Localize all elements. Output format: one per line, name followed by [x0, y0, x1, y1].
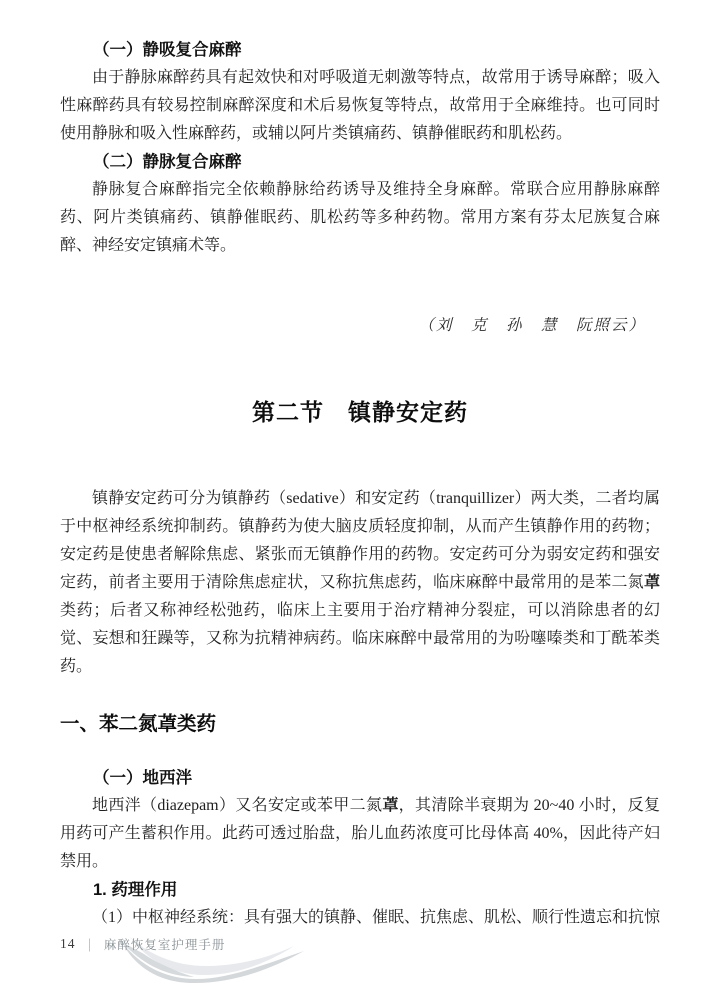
paragraph-inhalation-iv-combined: 由于静脉麻醉药具有起效快和对呼吸道无刺激等特点，故常用于诱导麻醉；吸入性麻醉药具…: [60, 64, 660, 148]
paragraph-sedatives-overview: 镇静安定药可分为镇静药（sedative）和安定药（tranquillizer）…: [60, 485, 660, 681]
subheading-pharmacology: 1. 药理作用: [60, 876, 660, 904]
book-page: （一）静吸复合麻醉 由于静脉麻醉药具有起效快和对呼吸道无刺激等特点，故常用于诱导…: [0, 0, 720, 994]
subheading-iv-combined: （二）静脉复合麻醉: [60, 148, 660, 176]
paragraph-iv-combined: 静脉复合麻醉指完全依赖静脉给药诱导及维持全身麻醉。常联合应用静脉麻醉药、阿片类镇…: [60, 176, 660, 260]
section-title: 第二节 镇静安定药: [60, 396, 660, 428]
subheading-inhalation-iv-combined: （一）静吸复合麻醉: [60, 36, 660, 64]
page-footer: 14 | 麻醉恢复室护理手册: [60, 934, 660, 984]
subheading-diazepam: （一）地西泮: [60, 764, 660, 792]
footer-divider: |: [89, 935, 91, 953]
page-number: 14: [60, 936, 76, 952]
heading-benzodiazepines: 一、苯二氮䓬类药: [60, 709, 660, 739]
content-area: （一）静吸复合麻醉 由于静脉麻醉药具有起效快和对呼吸道无刺激等特点，故常用于诱导…: [60, 36, 660, 932]
paragraph-cns-effects: （1）中枢神经系统：具有强大的镇静、催眠、抗焦虑、肌松、顺行性遗忘和抗惊: [60, 904, 660, 932]
book-title: 麻醉恢复室护理手册: [104, 935, 226, 953]
paragraph-diazepam: 地西泮（diazepam）又名安定或苯甲二氮䓬，其清除半衰期为 20~40 小时…: [60, 792, 660, 876]
footer-row: 14 | 麻醉恢复室护理手册: [60, 934, 660, 954]
authors-line: （刘 克 孙 慧 阮照云）: [60, 312, 660, 340]
